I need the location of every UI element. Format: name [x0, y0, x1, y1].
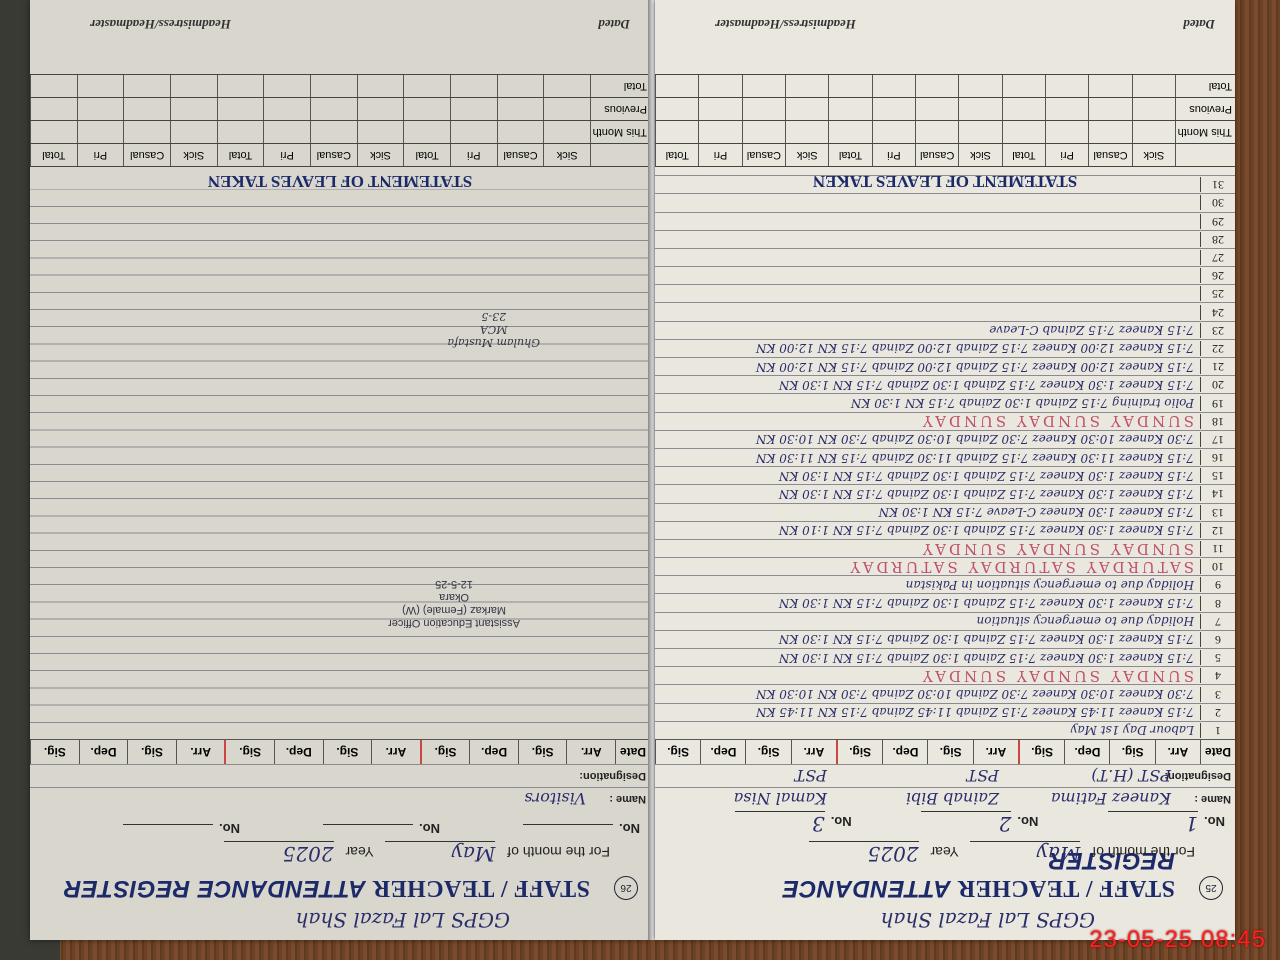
row-date: 23 [1200, 323, 1235, 338]
leave-col: Pri [698, 144, 741, 166]
signature-line: Dated Headmistress/Headmaster [655, 10, 1235, 40]
no-label: No. [1204, 814, 1225, 829]
leave-col: Total [217, 144, 264, 166]
month-line: For the month of May Year 2025 [216, 841, 610, 866]
row-date: 22 [1200, 341, 1235, 356]
name-row: Name : Visitors [30, 787, 650, 810]
row-entry: 7:15 Kaneez 1:30 Kaneez 7:15 Zainab 1:30… [655, 378, 1200, 392]
designation-row: Designation: [30, 764, 650, 787]
row-entry: SUNDAY SUNDAY SUNDAY [655, 667, 1200, 685]
leave-col: Casual [742, 144, 785, 166]
row-entry: 7:15 Kaneez 1:30 Kaneez 7:15 Zainab 1:30… [655, 469, 1200, 483]
leave-col: Sick [785, 144, 828, 166]
attendance-rows: 1Labour Day 1st May27:15 Kaneez 11:45 Ka… [655, 175, 1235, 739]
title-part1: STAFF / TEACHER [372, 875, 590, 901]
col-sig: Sig. [224, 740, 274, 764]
register-page-left: GGPS Lal Fazal Shah 26 STAFF / TEACHER A… [30, 0, 650, 940]
staff-number-row: No. No. No. [40, 821, 640, 836]
name-label: Name : [586, 793, 650, 805]
staff-number-row: No.1 No.2 No.3 [665, 811, 1225, 836]
col-arr: Arr. [791, 740, 836, 764]
leave-col: Total [1002, 144, 1045, 166]
row-entry: Holiday due to emergency situation [655, 614, 1200, 628]
year-value: 2025 [809, 841, 919, 866]
page-number-badge: 26 [614, 876, 638, 900]
table-row: 217:15 Kaneez 12:00 Kaneez 7:15 Zainab 1… [655, 357, 1235, 375]
table-row: 147:15 Kaneez 1:30 Kaneez 7:15 Zainab 1:… [655, 484, 1235, 502]
leave-col: Pri [450, 144, 497, 166]
name-row: Name : Kaneez Fatima Zainab Bibi Kamal N… [655, 787, 1235, 810]
month-label: For the month of [507, 844, 610, 860]
leave-col: Total [30, 144, 77, 166]
row-date: 3 [1200, 687, 1235, 702]
row-date: 18 [1200, 414, 1235, 429]
col-dep: Dep. [79, 740, 128, 764]
headmaster-label: Headmistress/Headmaster [90, 16, 231, 32]
leave-col: Sick [170, 144, 217, 166]
photo-timestamp: 23-05-25 08:45 [1089, 926, 1266, 954]
leave-col: Casual [1088, 144, 1131, 166]
leaves-row: Previous [655, 97, 1235, 120]
table-row: 25 [655, 284, 1235, 302]
leaves-statement: STATEMENT OF LEAVES TAKEN Sick Casual Pr… [655, 74, 1235, 195]
row-entry: 7:15 Kaneez 1:30 Kaneez C-Leave 7:15 KN … [655, 505, 1200, 519]
row-date: 15 [1200, 468, 1235, 483]
row-date: 16 [1200, 450, 1235, 465]
designation-label: Designation: [586, 770, 650, 782]
table-row: 26 [655, 266, 1235, 284]
row-date: 30 [1200, 195, 1235, 210]
leaves-row-label: This Month [590, 121, 650, 143]
row-entry: Holiday due to emergency situation in Pa… [655, 578, 1200, 592]
name-label: Name : [1171, 793, 1235, 805]
row-date: 25 [1200, 286, 1235, 301]
leaves-row-label: Previous [590, 98, 650, 120]
row-date: 5 [1200, 650, 1235, 665]
staff-name: Visitors [30, 790, 586, 809]
row-date: 6 [1200, 632, 1235, 647]
column-headers: Date Arr. Sig. Dep. Sig. Arr. Sig. Dep. … [30, 739, 650, 764]
col-arr: Arr. [973, 740, 1018, 764]
row-date: 26 [1200, 268, 1235, 283]
no-label: No. [619, 821, 640, 836]
table-row: 9Holiday due to emergency situation in P… [655, 575, 1235, 593]
table-row: 27 [655, 248, 1235, 266]
row-entry: 7:15 Kaneez 12:00 Kaneez 7:15 Zainab 12:… [655, 360, 1200, 374]
row-date: 27 [1200, 250, 1235, 265]
aeo-stamp: Assistant Education Officer Markaz (Fema… [388, 577, 520, 629]
col-sig: Sig. [518, 740, 567, 764]
col-date: Date [1200, 740, 1235, 764]
register-title: STAFF / TEACHER ATTENDANCE REGISTER [63, 874, 590, 902]
leaves-header-row: Sick Casual Pri Total Sick Casual Pri To… [655, 143, 1235, 166]
month-value: May [970, 841, 1080, 866]
staff-number: 3 [735, 811, 825, 836]
row-date: 29 [1200, 214, 1235, 229]
staff-number: 2 [921, 811, 1011, 836]
table-row: 30 [655, 193, 1235, 211]
table-row: 67:15 Kaneez 1:30 Kaneez 7:15 Zainab 1:3… [655, 630, 1235, 648]
row-date: 17 [1200, 432, 1235, 447]
page-header: GGPS Lal Fazal Shah 25 STAFF / TEACHER A… [655, 790, 1235, 940]
row-date: 9 [1200, 577, 1235, 592]
leave-col: Pri [872, 144, 915, 166]
col-sig: Sig. [836, 740, 882, 764]
table-row: 24 [655, 303, 1235, 321]
table-row: 7Holiday due to emergency situation [655, 612, 1235, 630]
col-dep: Dep. [700, 740, 745, 764]
leaves-row-label: Total [1175, 75, 1235, 97]
table-row: 137:15 Kaneez 1:30 Kaneez C-Leave 7:15 K… [655, 503, 1235, 521]
col-sig: Sig. [420, 740, 470, 764]
row-entry: 7:15 Kaneez 12:00 Kaneez 7:15 Zainab 12:… [655, 341, 1200, 355]
title-part1: STAFF / TEACHER [957, 875, 1175, 901]
table-row: 237:15 Kaneez 7:15 Zainab C-Leave [655, 321, 1235, 339]
year-label: Year [930, 844, 958, 860]
table-row: 4SUNDAY SUNDAY SUNDAY [655, 666, 1235, 684]
table-row: 157:15 Kaneez 1:30 Kaneez 7:15 Zainab 1:… [655, 466, 1235, 484]
column-headers: Date Arr. Sig. Dep. Sig. Arr. Sig. Dep. … [655, 739, 1235, 764]
row-date: 7 [1200, 614, 1235, 629]
register-page-right: GGPS Lal Fazal Shah 25 STAFF / TEACHER A… [655, 0, 1235, 940]
col-dep: Dep. [274, 740, 323, 764]
col-sig: Sig. [655, 740, 700, 764]
col-sig: Sig. [30, 740, 79, 764]
row-date: 11 [1200, 541, 1235, 556]
row-entry: SUNDAY SUNDAY SUNDAY [655, 412, 1200, 430]
row-entry: Polio training 7:15 Zainab 1:30 Zainab 7… [655, 396, 1200, 410]
leave-col: Total [403, 144, 450, 166]
col-arr: Arr. [176, 740, 225, 764]
table-row: 167:15 Kaneez 11:30 Kaneez 7:15 Zainab 1… [655, 448, 1235, 466]
row-entry: Labour Day 1st May [655, 723, 1200, 737]
table-row: 177:30 Kaneez 10:30 Kaneez 7:30 Zainab 1… [655, 430, 1235, 448]
row-entry: 7:15 Kaneez 7:15 Zainab C-Leave [655, 323, 1200, 337]
school-name: GGPS Lal Fazal Shah [296, 908, 510, 932]
leaves-row: This Month [655, 120, 1235, 143]
leave-col: Sick [357, 144, 404, 166]
leave-col: Casual [915, 144, 958, 166]
designation-label: Designation: [1171, 770, 1235, 782]
col-sig: Sig. [323, 740, 372, 764]
row-entry: 7:15 Kaneez 11:45 Kaneez 7:15 Zainab 11:… [655, 705, 1200, 719]
staff-designation: PST [827, 767, 999, 786]
col-dep: Dep. [469, 740, 518, 764]
staff-number: 1 [1108, 811, 1198, 836]
col-arr: Arr. [566, 740, 615, 764]
month-line: For the month of May Year 2025 [801, 841, 1195, 866]
table-row: 18SUNDAY SUNDAY SUNDAY [655, 412, 1235, 430]
col-sig: Sig. [1110, 740, 1155, 764]
leaves-row: This Month [30, 120, 650, 143]
row-entry: 7:15 Kaneez 1:30 Kaneez 7:15 Zainab 1:30… [655, 487, 1200, 501]
row-entry: SUNDAY SUNDAY SUNDAY [655, 540, 1200, 558]
leave-col: Casual [310, 144, 357, 166]
row-entry: 7:30 Kaneez 10:30 Kaneez 7:30 Zainab 10:… [655, 687, 1200, 701]
table-row: 29 [655, 212, 1235, 230]
visitor-signature: Ghulam Mustafa MCA 23-5 [447, 310, 540, 349]
leave-col: Pri [1045, 144, 1088, 166]
month-value: May [385, 841, 495, 866]
staff-designation: PST (H.T) [999, 767, 1171, 786]
leave-col: Casual [497, 144, 544, 166]
row-date: 4 [1200, 668, 1235, 683]
staff-name: Kaneez Fatima [999, 790, 1171, 809]
row-date: 13 [1200, 505, 1235, 520]
staff-name: Kamal Nisa [655, 790, 827, 809]
row-date: 1 [1200, 723, 1235, 738]
row-date: 24 [1200, 305, 1235, 320]
table-row: 10SATURDAY SATURDAY SATURDAY [655, 557, 1235, 575]
row-date: 8 [1200, 596, 1235, 611]
staff-designation: PST [655, 767, 827, 786]
row-date: 20 [1200, 377, 1235, 392]
leave-col: Total [828, 144, 871, 166]
leave-col: Sick [958, 144, 1001, 166]
row-date: 2 [1200, 705, 1235, 720]
col-arr: Arr. [1155, 740, 1200, 764]
dated-label: Dated [1183, 16, 1215, 32]
no-label: No. [419, 821, 440, 836]
leaves-row: Previous [30, 97, 650, 120]
leaves-row: Total [655, 74, 1235, 97]
table-row: 11SUNDAY SUNDAY SUNDAY [655, 539, 1235, 557]
leaves-row-label: Total [590, 75, 650, 97]
staff-name: Zainab Bibi [827, 790, 999, 809]
table-row: 127:15 Kaneez 1:30 Kaneez 7:15 Zainab 1:… [655, 521, 1235, 539]
row-date: 19 [1200, 396, 1235, 411]
col-sig: Sig. [928, 740, 973, 764]
attendance-grid: Name : Visitors Designation: Date Arr. S… [30, 189, 650, 810]
row-date: 10 [1200, 559, 1235, 574]
table-row: 28 [655, 230, 1235, 248]
row-entry: 7:30 Kaneez 10:30 Kaneez 7:30 Zainab 10:… [655, 432, 1200, 446]
no-label: No. [1017, 814, 1038, 829]
leaves-row: Total [30, 74, 650, 97]
month-label: For the month of [1092, 844, 1195, 860]
col-arr: Arr. [371, 740, 420, 764]
row-entry: 7:15 Kaneez 11:30 Kaneez 7:15 Zainab 11:… [655, 451, 1200, 465]
table-row: 207:15 Kaneez 1:30 Kaneez 7:15 Zainab 1:… [655, 375, 1235, 393]
row-entry: 7:15 Kaneez 1:30 Kaneez 7:15 Zainab 1:30… [655, 523, 1200, 537]
col-sig: Sig. [127, 740, 176, 764]
row-date: 12 [1200, 523, 1235, 538]
year-label: Year [345, 844, 373, 860]
leave-col: Sick [543, 144, 590, 166]
school-name: GGPS Lal Fazal Shah [881, 908, 1095, 932]
designation-row: Designation: PST (H.T) PST PST [655, 764, 1235, 787]
table-row: 227:15 Kaneez 12:00 Kaneez 7:15 Zainab 1… [655, 339, 1235, 357]
leaves-header-row: Sick Casual Pri Total Sick Casual Pri To… [30, 143, 650, 166]
leaves-statement: STATEMENT OF LEAVES TAKEN Sick Casual Pr… [30, 74, 650, 195]
leaves-title: STATEMENT OF LEAVES TAKEN [655, 166, 1235, 195]
row-entry: 7:15 Kaneez 1:30 Kaneez 7:15 Zainab 1:30… [655, 651, 1200, 665]
attendance-grid: Name : Kaneez Fatima Zainab Bibi Kamal N… [655, 175, 1235, 810]
no-label: No. [831, 814, 852, 829]
leaves-row-label: This Month [1175, 121, 1235, 143]
row-entry: 7:15 Kaneez 1:30 Kaneez 7:15 Zainab 1:30… [655, 632, 1200, 646]
leave-col: Casual [123, 144, 170, 166]
dated-label: Dated [598, 16, 630, 32]
table-row: 57:15 Kaneez 1:30 Kaneez 7:15 Zainab 1:3… [655, 648, 1235, 666]
leave-col: Pri [263, 144, 310, 166]
table-row: 87:15 Kaneez 1:30 Kaneez 7:15 Zainab 1:3… [655, 594, 1235, 612]
year-value: 2025 [224, 841, 334, 866]
row-date: 28 [1200, 232, 1235, 247]
leave-col: Total [655, 144, 698, 166]
leave-col: Pri [77, 144, 124, 166]
visitor-rows: Assistant Education Officer Markaz (Fema… [30, 189, 650, 739]
col-sig: Sig. [1018, 740, 1064, 764]
table-row: 19Polio training 7:15 Zainab 1:30 Zainab… [655, 393, 1235, 411]
col-sig: Sig. [746, 740, 791, 764]
table-row: 27:15 Kaneez 11:45 Kaneez 7:15 Zainab 11… [655, 703, 1235, 721]
row-entry: SATURDAY SATURDAY SATURDAY [655, 558, 1200, 576]
col-dep: Dep. [882, 740, 927, 764]
row-entry: 7:15 Kaneez 1:30 Kaneez 7:15 Zainab 1:30… [655, 596, 1200, 610]
page-header: GGPS Lal Fazal Shah 26 STAFF / TEACHER A… [30, 790, 650, 940]
row-date: 21 [1200, 359, 1235, 374]
headmaster-label: Headmistress/Headmaster [715, 16, 856, 32]
no-label: No. [219, 821, 240, 836]
leaves-row-label: Previous [1175, 98, 1235, 120]
col-dep: Dep. [1064, 740, 1109, 764]
col-date: Date [615, 740, 650, 764]
leave-col: Sick [1132, 144, 1175, 166]
page-number-badge: 25 [1199, 876, 1223, 900]
table-row: 1Labour Day 1st May [655, 721, 1235, 739]
signature-line: Dated Headmistress/Headmaster [30, 10, 650, 40]
row-date: 14 [1200, 486, 1235, 501]
table-row: 37:30 Kaneez 10:30 Kaneez 7:30 Zainab 10… [655, 684, 1235, 702]
leaves-title: STATEMENT OF LEAVES TAKEN [30, 166, 650, 195]
title-part2: ATTENDANCE REGISTER [63, 875, 365, 902]
